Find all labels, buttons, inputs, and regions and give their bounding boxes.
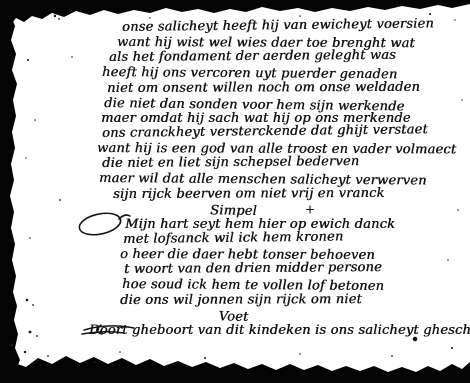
poem-line: t woort van den drien midder persone [124, 260, 467, 278]
poem-line: die niet en liet sijn schepsel bederven [102, 153, 467, 171]
scan-border-bottom [0, 356, 470, 383]
scan-border-left [0, 0, 22, 383]
poem-lines: onse salicheyt heeft hij van ewicheyt vo… [95, 20, 467, 338]
poem-line: ons cranckheyt versterckende dat ghijt v… [102, 122, 467, 141]
poem-line: als het fondament der aerden geleght was [109, 48, 467, 66]
manuscript-page: onse salicheyt heeft hij van ewicheyt vo… [0, 0, 470, 383]
poem-line: niet om onsent willen noch om onse welda… [107, 79, 467, 96]
poem-line: met lofsanck wil ick hem kronen [123, 228, 467, 247]
poem-line: onse salicheyt heeft hij van ewicheyt vo… [122, 16, 467, 35]
poem-line: sijn rijck beerven om niet vrij en vranc… [113, 185, 467, 201]
poem-line: die ons wil jonnen sijn rijck om niet [120, 291, 467, 307]
poem-line: Doort gheboort van dit kindeken is ons s… [89, 323, 467, 338]
